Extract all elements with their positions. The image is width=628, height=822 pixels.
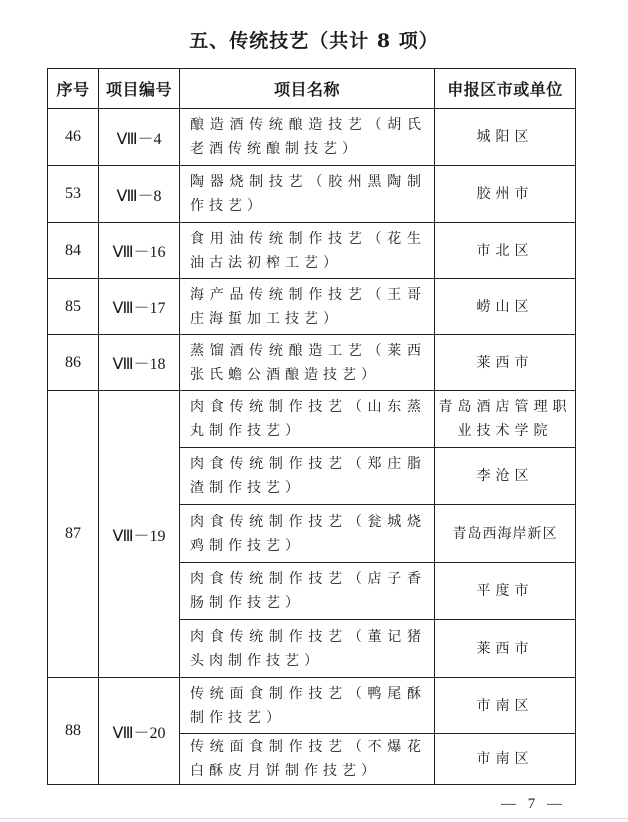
- seq-cell: 53: [48, 166, 99, 223]
- name-cell: 传统面食制作技艺（不爆花白酥皮月饼制作技艺）: [180, 734, 435, 785]
- code-cell: Ⅷ－17: [99, 279, 180, 335]
- name-cell: 肉食传统制作技艺（山东蒸丸制作技艺）: [180, 391, 435, 448]
- name-cell: 肉食传统制作技艺（店子香肠制作技艺）: [180, 563, 435, 620]
- seq-cell: 88: [48, 678, 99, 785]
- code-cell: Ⅷ－8: [99, 166, 180, 223]
- header-code: 项目编号: [99, 69, 180, 109]
- code-cell: Ⅷ－20: [99, 678, 180, 785]
- name-cell: 陶器烧制技艺（胶州黑陶制作技艺）: [180, 166, 435, 223]
- header-name: 项目名称: [180, 69, 435, 109]
- unit-cell: 莱西市: [435, 620, 576, 678]
- name-cell: 肉食传统制作技艺（董记猪头肉制作技艺）: [180, 620, 435, 678]
- name-cell: 酿造酒传统酿造技艺（胡氏老酒传统酿制技艺）: [180, 109, 435, 166]
- code-cell: Ⅷ－4: [99, 109, 180, 166]
- table-row: 84 Ⅷ－16 食用油传统制作技艺（花生油古法初榨工艺） 市北区: [48, 223, 576, 279]
- unit-cell: 李沧区: [435, 448, 576, 505]
- header-row: 序号 项目编号 项目名称 申报区市或单位: [48, 69, 576, 109]
- code-cell: Ⅷ－19: [99, 391, 180, 678]
- name-cell: 蒸馏酒传统酿造工艺（莱西张氏蟾公酒酿造技艺）: [180, 335, 435, 391]
- page-bottom-divider: [0, 818, 628, 819]
- unit-cell: 市南区: [435, 734, 576, 785]
- header-seq: 序号: [48, 69, 99, 109]
- header-unit: 申报区市或单位: [435, 69, 576, 109]
- unit-cell: 市南区: [435, 678, 576, 734]
- table-row: 85 Ⅷ－17 海产品传统制作技艺（王哥庄海蜇加工技艺） 崂山区: [48, 279, 576, 335]
- table-row: 87 Ⅷ－19 肉食传统制作技艺（山东蒸丸制作技艺） 青岛酒店管理职业技术学院: [48, 391, 576, 448]
- unit-cell: 崂山区: [435, 279, 576, 335]
- name-cell: 肉食传统制作技艺（郑庄脂渣制作技艺）: [180, 448, 435, 505]
- section-title: 五、传统技艺（共计 8 项）: [0, 26, 628, 53]
- unit-cell: 青岛西海岸新区: [435, 505, 576, 563]
- seq-cell: 46: [48, 109, 99, 166]
- name-cell: 传统面食制作技艺（鸭尾酥制作技艺）: [180, 678, 435, 734]
- seq-cell: 84: [48, 223, 99, 279]
- code-cell: Ⅷ－18: [99, 335, 180, 391]
- name-cell: 肉食传统制作技艺（瓮城烧鸡制作技艺）: [180, 505, 435, 563]
- table-row: 53 Ⅷ－8 陶器烧制技艺（胶州黑陶制作技艺） 胶州市: [48, 166, 576, 223]
- table-row: 88 Ⅷ－20 传统面食制作技艺（鸭尾酥制作技艺） 市南区: [48, 678, 576, 734]
- page-number: — 7 —: [501, 796, 566, 813]
- code-cell: Ⅷ－16: [99, 223, 180, 279]
- seq-cell: 86: [48, 335, 99, 391]
- name-cell: 食用油传统制作技艺（花生油古法初榨工艺）: [180, 223, 435, 279]
- table-row: 86 Ⅷ－18 蒸馏酒传统酿造工艺（莱西张氏蟾公酒酿造技艺） 莱西市: [48, 335, 576, 391]
- unit-cell: 城阳区: [435, 109, 576, 166]
- table-row: 46 Ⅷ－4 酿造酒传统酿造技艺（胡氏老酒传统酿制技艺） 城阳区: [48, 109, 576, 166]
- heritage-table: 序号 项目编号 项目名称 申报区市或单位 46 Ⅷ－4 酿造酒传统酿造技艺（胡氏…: [47, 68, 576, 785]
- unit-cell: 市北区: [435, 223, 576, 279]
- unit-cell: 莱西市: [435, 335, 576, 391]
- seq-cell: 85: [48, 279, 99, 335]
- unit-cell: 胶州市: [435, 166, 576, 223]
- unit-cell: 青岛酒店管理职业技术学院: [435, 391, 576, 448]
- seq-cell: 87: [48, 391, 99, 678]
- unit-cell: 平度市: [435, 563, 576, 620]
- name-cell: 海产品传统制作技艺（王哥庄海蜇加工技艺）: [180, 279, 435, 335]
